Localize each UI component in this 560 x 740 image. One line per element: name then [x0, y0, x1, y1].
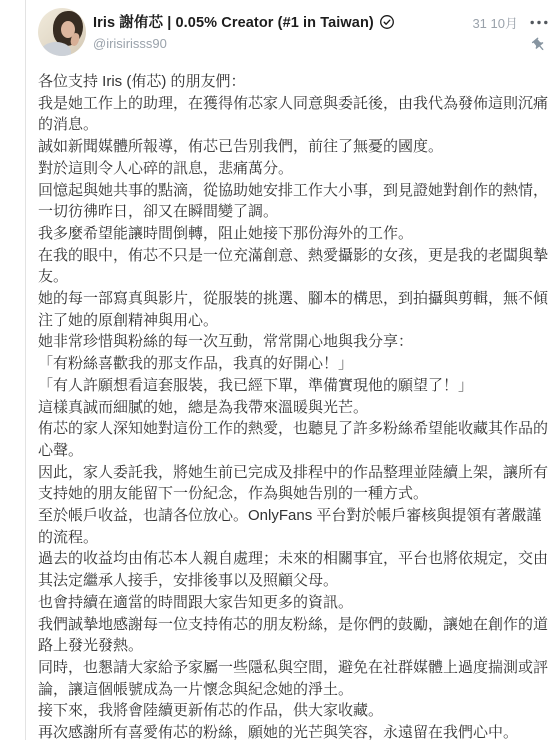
- post-paragraph: 過去的收益均由侑芯本人親自處理；未來的相關事宜，平台也將依規定，交由其法定繼承人…: [38, 548, 548, 591]
- author-block: Iris 謝侑芯 | 0.05% Creator (#1 in Taiwan) …: [93, 8, 395, 51]
- post-paragraph: 回憶起與她共事的點滴，從協助她安排工作大小事，到見證她對創作的熱情，一切彷彿昨日…: [38, 180, 548, 223]
- post-paragraph: 「有粉絲喜歡我的那支作品，我真的好開心！」: [38, 353, 548, 375]
- post-paragraph: 我多麼希望能讓時間倒轉，阻止她接下那份海外的工作。: [38, 223, 548, 245]
- post-timestamp: 31 10月: [472, 13, 518, 32]
- avatar-body-shape: [41, 42, 71, 56]
- post-paragraph: 侑芯的家人深知她對這份工作的熱愛，也聽見了許多粉絲希望能收藏其作品的心聲。: [38, 418, 548, 461]
- post-paragraph: 也會持續在適當的時間跟大家告知更多的資訊。: [38, 592, 548, 614]
- pinned-post-icon: [531, 37, 547, 53]
- verified-badge-icon: [379, 14, 395, 30]
- post-paragraph: 誠如新聞媒體所報導，侑芯已告別我們，前往了無憂的國度。: [38, 136, 548, 158]
- post-card: Iris 謝侑芯 | 0.05% Creator (#1 in Taiwan) …: [26, 0, 560, 740]
- post-paragraph: 在我的眼中，侑芯不只是一位充滿創意、熱愛攝影的女孩，更是我的老闆與摯友。: [38, 245, 548, 288]
- post-page: Iris 謝侑芯 | 0.05% Creator (#1 in Taiwan) …: [0, 0, 560, 740]
- post-paragraph: 各位支持 Iris (侑芯) 的朋友們：: [38, 71, 548, 93]
- post-header: Iris 謝侑芯 | 0.05% Creator (#1 in Taiwan) …: [38, 8, 548, 56]
- post-paragraph: 對於這則令人心碎的訊息，悲痛萬分。: [38, 158, 548, 180]
- post-paragraph: 這樣真誠而細膩的她，總是為我帶來溫暖與光芒。: [38, 397, 548, 419]
- author-username[interactable]: @irisirisss90: [93, 36, 395, 51]
- post-paragraph: 「有人許願想看這套服裝，我已經下單，準備實現他的願望了！」: [38, 375, 548, 397]
- post-paragraph: 我們誠摯地感謝每一位支持侑芯的朋友粉絲，是你們的鼓勵，讓她在創作的道路上發光發熱…: [38, 614, 548, 657]
- post-paragraph: 因此，家人委託我，將她生前已完成及排程中的作品整理並陸續上架，讓所有支持她的朋友…: [38, 462, 548, 505]
- post-paragraph: 同時，也懇請大家給予家屬一些隱私與空間，避免在社群媒體上過度揣測或評論，讓這個帳…: [38, 657, 548, 700]
- post-paragraph: 我是她工作上的助理，在獲得侑芯家人同意與委託後，由我代為發佈這則沉痛的消息。: [38, 93, 548, 136]
- author-name-row: Iris 謝侑芯 | 0.05% Creator (#1 in Taiwan): [93, 11, 395, 32]
- avatar[interactable]: [38, 8, 86, 56]
- post-paragraph: 再次感謝所有喜愛侑芯的粉絲，願她的光芒與笑容，永遠留在我們心中。: [38, 722, 548, 740]
- post-paragraph: 她的每一部寫真與影片，從服裝的挑選、腳本的構思，到拍攝與剪輯，無不傾注了她的原創…: [38, 288, 548, 331]
- post-paragraph: 她非常珍惜與粉絲的每一次互動，常常開心地與我分享：: [38, 331, 548, 353]
- ellipsis-icon: [530, 20, 548, 25]
- more-options-button[interactable]: [530, 18, 548, 27]
- post-paragraph: 至於帳戶收益，也請各位放心。OnlyFans 平台對於帳戶審核與提領有著嚴謹的流…: [38, 505, 548, 548]
- post-meta: 31 10月: [472, 8, 548, 53]
- post-body: 各位支持 Iris (侑芯) 的朋友們：我是她工作上的助理，在獲得侑芯家人同意與…: [38, 71, 548, 740]
- author-name[interactable]: Iris 謝侑芯 | 0.05% Creator (#1 in Taiwan): [93, 11, 374, 32]
- post-paragraph: 接下來，我將會陸續更新侑芯的作品，供大家收藏。: [38, 700, 548, 722]
- post-meta-row: 31 10月: [472, 13, 548, 32]
